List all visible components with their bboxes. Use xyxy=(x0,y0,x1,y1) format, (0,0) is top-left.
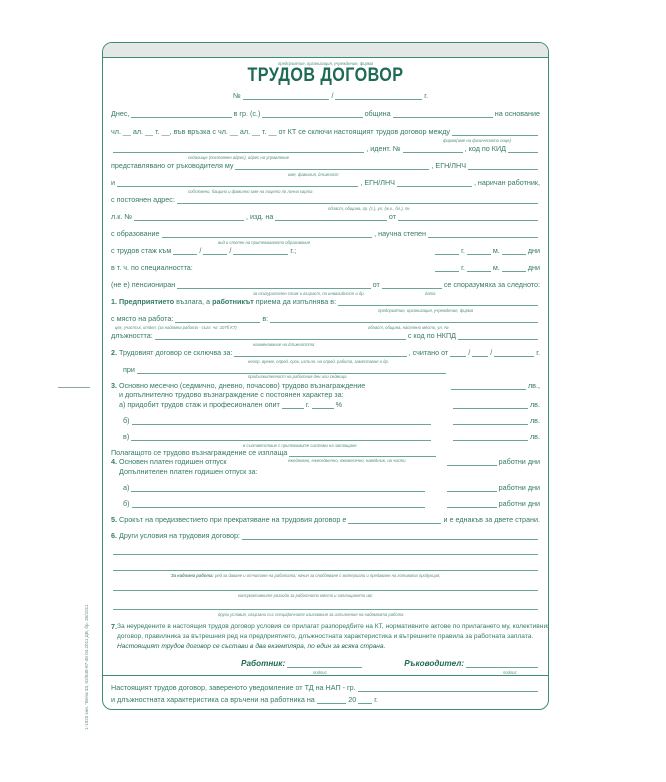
additional-v-amount-field[interactable] xyxy=(453,433,528,441)
slash: / xyxy=(468,348,470,357)
hint-education: вид и степен на притежаваното образовани… xyxy=(218,240,310,245)
nkpd-field[interactable] xyxy=(458,332,538,340)
kid-field[interactable] xyxy=(508,145,538,153)
payment-schedule-field[interactable] xyxy=(289,449,436,457)
label-extra-leave: Допълнителен платен годишен отпуск за: xyxy=(119,467,258,476)
top-band xyxy=(103,43,548,58)
worker-signature-field[interactable] xyxy=(287,660,362,668)
label-address: с постоянен адрес: xyxy=(111,195,175,204)
exp-year-field[interactable] xyxy=(233,247,288,255)
text-clause-7-line1: За неуредените в настоящия трудов догово… xyxy=(117,622,549,631)
worker-egn-field[interactable] xyxy=(397,179,472,187)
hint-date: дата xyxy=(425,291,435,296)
label-base-salary: Основно месечно (седмично, дневно, почас… xyxy=(119,381,365,390)
degree-field[interactable] xyxy=(428,230,538,238)
label-in: в: xyxy=(262,314,268,323)
label-agreed: се споразумяха за следното: xyxy=(444,280,540,289)
additional-v-field[interactable] xyxy=(131,433,431,441)
label-lv: лв. xyxy=(530,400,540,409)
exp-years-field[interactable] xyxy=(435,247,459,255)
section-3-number: 3. xyxy=(111,381,117,390)
employer-name-field[interactable] xyxy=(452,128,538,136)
label-kid: , код по КИД xyxy=(465,144,506,153)
employer-address-field[interactable] xyxy=(113,145,364,153)
label-work-days: работни дни xyxy=(499,457,540,466)
term-field[interactable] xyxy=(234,349,406,357)
label-payment-schedule: Полагащото се трудово възнаграждение се … xyxy=(111,448,287,457)
extra-leave-a-days-field[interactable] xyxy=(447,484,497,492)
other-conditions-line-5[interactable] xyxy=(113,602,538,610)
label-experience: с трудов стаж към xyxy=(111,246,171,255)
label-starting: , считано от xyxy=(409,348,449,357)
hint-worker-address: област, община, гр. (с.), ул. (ж.к., бл.… xyxy=(328,206,409,211)
contract-date-field[interactable] xyxy=(335,92,422,100)
label-notice: Срокът на предизвестието при прекратяван… xyxy=(119,515,346,524)
year-suffix: г. xyxy=(424,91,428,100)
exp-months-field[interactable] xyxy=(467,247,491,255)
margin-mark xyxy=(58,387,90,388)
label-basis: на основание xyxy=(495,109,540,118)
label-pensioner: (не е) пенсиониран xyxy=(111,280,175,289)
label-from: от xyxy=(389,212,396,221)
hint-term: неопр. време, опред. срок, изпълн. на оп… xyxy=(248,359,389,364)
start-day-field[interactable] xyxy=(450,349,466,357)
position-field[interactable] xyxy=(155,332,406,340)
label-y: г. xyxy=(461,246,465,255)
label-egn: , ЕГН/ЛНЧ xyxy=(431,161,466,170)
label-enterprise: Предприятието xyxy=(119,297,174,306)
hint-manager: име, фамилия, длъжност xyxy=(288,172,339,177)
contract-number-field[interactable] xyxy=(243,92,330,100)
issue-date-field[interactable] xyxy=(398,213,538,221)
label-d: дни xyxy=(528,263,540,272)
label-called-worker: , наричан работник, xyxy=(474,178,540,187)
label-municipality: община xyxy=(365,109,391,118)
start-year-field[interactable] xyxy=(494,349,534,357)
extra-leave-b-field[interactable] xyxy=(132,500,425,508)
printer-info: 1-1920 кни. "Вела 33, 02/848-87-48 04.20… xyxy=(84,605,89,730)
label-nkpd: с код по НКПД xyxy=(408,331,456,340)
label-worker: работникът xyxy=(212,297,254,306)
slash: / xyxy=(199,246,201,255)
label-legal-basis: чл. __ ал. __ т. __, във връзка с чл. __… xyxy=(111,127,450,136)
hint-position: наименование на длъжността xyxy=(253,342,314,347)
id-card-field[interactable] xyxy=(134,213,244,221)
workplace-field[interactable] xyxy=(175,315,260,323)
hint-hours: продължителност на работния ден или седм… xyxy=(248,374,346,379)
label-m: м. xyxy=(493,263,500,272)
label-accepts: приема да изпълнява в: xyxy=(256,297,336,306)
exp-day-field[interactable] xyxy=(173,247,197,255)
workplace-location-field[interactable] xyxy=(270,315,538,323)
label-d: дни xyxy=(528,246,540,255)
hint-location: област, община, населено място, ул. № xyxy=(368,325,449,330)
start-month-field[interactable] xyxy=(472,349,488,357)
hint-workplace: цех, участък, отдел, (за надомна работа … xyxy=(115,325,237,330)
date-field[interactable] xyxy=(131,110,231,118)
spec-years-field[interactable] xyxy=(435,264,459,272)
label-today: Днес, xyxy=(111,109,129,118)
form-title: ТРУДОВ ДОГОВОР xyxy=(136,65,514,87)
other-conditions-line-3[interactable] xyxy=(113,563,538,571)
label-equal: и е еднакъв за двете страни. xyxy=(443,515,540,524)
label-education: с образование xyxy=(111,229,160,238)
exp-month-field[interactable] xyxy=(203,247,227,255)
label-y: г. xyxy=(461,263,465,272)
label-worker-egn: , ЕГН/ЛНЧ xyxy=(360,178,395,187)
label-term: Трудовият договор се сключва за: xyxy=(119,348,232,357)
hint-address: седалище (постоянен адрес), адрес на упр… xyxy=(188,155,289,160)
other-conditions-line-2[interactable] xyxy=(113,547,538,555)
exp-days-field[interactable] xyxy=(502,247,526,255)
label-issued: , изд. на xyxy=(246,212,273,221)
section-1-number: 1. xyxy=(111,297,117,306)
education-field[interactable] xyxy=(162,230,373,238)
manager-egn-field[interactable] xyxy=(468,162,538,170)
worker-name-field[interactable] xyxy=(117,179,358,187)
label-assigns: възлага, а xyxy=(176,297,210,306)
working-hours-field[interactable] xyxy=(137,366,446,374)
hint-consumables: консумативните разходи за работното мяст… xyxy=(238,593,373,598)
label-represented: представлявано от ръководителя му xyxy=(111,161,233,170)
label-additional-pay: и допълнително трудово възнаграждение с … xyxy=(119,390,344,399)
label-v: в) xyxy=(123,432,129,441)
label-from: от xyxy=(373,280,380,289)
label-specialty: в т. ч. по специалността: xyxy=(111,263,193,272)
hint-other-home-work: други условия, свързани със специфичните… xyxy=(218,612,403,617)
label-worker-signature: Работник: xyxy=(241,659,285,668)
label-m: м. xyxy=(493,246,500,255)
city-field[interactable] xyxy=(262,110,362,118)
label-work-days: работни дни xyxy=(499,499,540,508)
label-a: а) xyxy=(123,483,129,492)
section-4-number: 4. xyxy=(111,457,117,466)
section-6-number: 6. xyxy=(111,531,117,540)
manager-signature-field[interactable] xyxy=(466,660,538,668)
label-manager-signature: Ръководител: xyxy=(404,659,464,668)
label-lv: лв. xyxy=(530,432,540,441)
label-degree: , научна степен xyxy=(374,229,426,238)
seniority-amount-field[interactable] xyxy=(453,401,528,409)
label-position: длъжността: xyxy=(111,331,153,340)
text-clause-7-line2: договор, правилника за вътрешния ред на … xyxy=(117,632,533,641)
hint-worker-name: собствено, бащино и фамилно име на лицет… xyxy=(188,189,312,194)
label-annual-leave: Основен платен годишен отпуск xyxy=(119,457,226,466)
issued-by-field[interactable] xyxy=(275,213,387,221)
notice-period-field[interactable] xyxy=(348,516,441,524)
spec-days-field[interactable] xyxy=(502,264,526,272)
slash: / xyxy=(229,246,231,255)
hint-enterprise: предприятие, организация, учреждение, фи… xyxy=(378,308,473,313)
employment-contract-form: предприятие, организация, учреждение, фи… xyxy=(102,42,549,710)
pension-date-field[interactable] xyxy=(382,281,442,289)
ident-field[interactable] xyxy=(403,145,463,153)
number-label: № xyxy=(233,91,241,100)
label-work-days: работни дни xyxy=(499,483,540,492)
additional-b-amount-field[interactable] xyxy=(453,417,528,425)
spec-months-field[interactable] xyxy=(467,264,491,272)
hint-pension: за осигурителен стаж и възраст, по инвал… xyxy=(253,291,365,296)
slash: / xyxy=(331,91,333,100)
label-y: г. xyxy=(306,400,310,409)
label-with: при xyxy=(123,365,135,374)
additional-b-field[interactable] xyxy=(132,417,431,425)
label-seniority-pay: а) придобит трудов стаж и професионален … xyxy=(119,400,280,409)
label-lv: лв. xyxy=(530,416,540,425)
hint-home-work: За надомна работа: ред за даване и отчит… xyxy=(171,573,440,578)
extra-leave-b-days-field[interactable] xyxy=(447,500,497,508)
other-conditions-field[interactable] xyxy=(242,532,538,540)
enterprise-field[interactable] xyxy=(338,298,538,306)
label-percent: % xyxy=(336,400,342,409)
other-conditions-line-4[interactable] xyxy=(113,583,538,591)
label-id-card: л.к. № xyxy=(111,212,132,221)
label-b: б) xyxy=(123,416,130,425)
pension-field[interactable] xyxy=(177,281,371,289)
label-workplace: с място на работа: xyxy=(111,314,173,323)
label-b: б) xyxy=(123,499,130,508)
seniority-percent-field[interactable] xyxy=(312,401,334,409)
text-two-copies: Настоящият трудов договор се състави в д… xyxy=(117,642,385,651)
hint-employer: фирма(име на физическото лице) xyxy=(443,138,511,143)
label-city: в гр. (с.) xyxy=(234,109,261,118)
annual-leave-field[interactable] xyxy=(447,458,497,466)
municipality-field[interactable] xyxy=(393,110,493,118)
manager-name-field[interactable] xyxy=(235,162,429,170)
label-ident: , идент. № xyxy=(366,144,400,153)
label-year: г. xyxy=(536,348,540,357)
section-2-number: 2. xyxy=(111,348,117,357)
slash: / xyxy=(490,348,492,357)
label-year: г.; xyxy=(290,246,296,255)
seniority-years-field[interactable] xyxy=(282,401,304,409)
label-and: и xyxy=(111,178,115,187)
label-lv: лв., xyxy=(528,381,540,390)
extra-leave-a-field[interactable] xyxy=(131,484,424,492)
section-5-number: 5. xyxy=(111,515,117,524)
worker-address-field[interactable] xyxy=(177,196,538,204)
base-salary-field[interactable] xyxy=(451,382,526,390)
label-other-conditions: Други условия на трудовия договор: xyxy=(119,531,240,540)
